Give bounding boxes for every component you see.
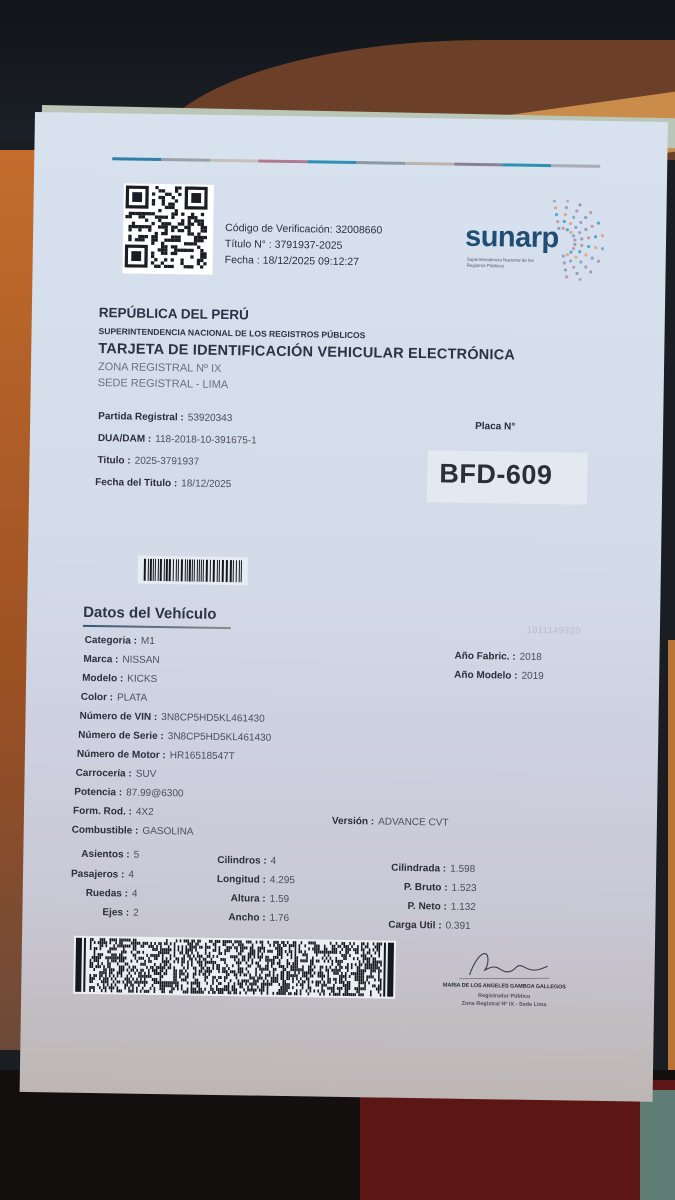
ejes-field: Ejes :2 [102, 907, 138, 919]
pdf417-barcode [73, 936, 396, 999]
registry-seat: SEDE REGISTRAL - LIMA [98, 377, 229, 391]
header-color-stripe [112, 157, 600, 168]
asientos-field: Asientos :5 [81, 849, 139, 861]
ancho-field: Ancho :1.76 [228, 912, 289, 924]
potencia-field: Potencia :87.99@6300 [74, 787, 183, 800]
motor-field: Número de Motor :HR16518547T [77, 749, 235, 762]
verification-code: 32008660 [335, 224, 382, 237]
sunarp-logo: sunarp Superintendencia Nacional de los … [464, 199, 615, 281]
issue-date-line: Fecha : 18/12/2025 09:12:27 [225, 252, 382, 270]
country-heading: REPÚBLICA DEL PERÚ [99, 305, 249, 322]
carga-util-field: Carga Util :0.391 [388, 920, 471, 932]
modelo-field: Modelo :KICKS [82, 673, 157, 685]
qr-code [122, 183, 213, 274]
partida-field: Partida Registral :53920343 [98, 411, 232, 424]
serie-field: Número de Serie :3N8CP5HD5KL461430 [78, 730, 271, 744]
issue-datetime: 18/12/2025 09:12:27 [263, 255, 360, 269]
marca-field: Marca :NISSAN [83, 654, 159, 666]
carroceria-field: Carrocería :SUV [76, 768, 157, 780]
registrar-name: MARIA DE LOS ANGELES GAMBOA GALLEGOS [429, 982, 579, 990]
registrar-role: Registrador Público [429, 992, 579, 1000]
ruedas-field: Ruedas :4 [86, 888, 138, 900]
p-neto-field: P. Neto :1.132 [407, 901, 475, 913]
dua-field: DUA/DAM :118-2018-10-391675-1 [98, 433, 257, 446]
form-rod-field: Form. Rod. :4X2 [73, 806, 154, 818]
signature-scribble-icon [429, 940, 580, 984]
vehicle-data-heading: Datos del Vehículo [83, 604, 217, 623]
document-title: TARJETA DE IDENTIFICACIÓN VEHICULAR ELEC… [98, 341, 515, 364]
combustible-field: Combustible :GASOLINA [72, 825, 194, 838]
ano-fabric-field: Año Fabric. :2018 [454, 651, 542, 663]
plate-number: BFD-609 [439, 458, 553, 491]
verification-block: Código de Verificación: 32008660 Título … [225, 220, 383, 270]
titulo-field: Titulo :2025-3791937 [97, 455, 199, 468]
longitud-field: Longitud :4.295 [217, 874, 295, 886]
p-bruto-field: P. Bruto :1.523 [404, 882, 477, 894]
ano-modelo-field: Año Modelo :2019 [454, 670, 544, 682]
section-underline [83, 625, 231, 629]
logo-tagline: Superintendencia Nacional de los Registr… [467, 257, 537, 269]
color-field: Color :PLATA [81, 692, 148, 704]
photo-background-right [668, 640, 675, 1100]
agency-heading: SUPERINTENDENCIA NACIONAL DE LOS REGISTR… [98, 326, 365, 340]
cilindros-field: Cilindros :4 [217, 855, 276, 867]
categoria-field: Categoria :M1 [85, 635, 155, 647]
vin-field: Número de VIN :3N8CP5HD5KL461430 [79, 711, 264, 725]
registrar-signature-block: MARIA DE LOS ANGELES GAMBOA GALLEGOS Reg… [429, 940, 580, 1022]
small-barcode [138, 556, 248, 586]
logo-wordmark: sunarp [465, 221, 559, 255]
title-number: 3791937-2025 [275, 239, 343, 252]
fecha-titulo-field: Fecha del Titulo :18/12/2025 [95, 477, 231, 490]
registry-zone: ZONA REGISTRAL Nº IX [98, 361, 222, 375]
altura-field: Altura :1.59 [231, 893, 290, 905]
plate-label: Placa N° [475, 421, 515, 433]
pasajeros-field: Pasajeros :4 [71, 869, 134, 881]
cilindrada-field: Cilindrada :1.598 [391, 863, 475, 875]
vehicle-id-card-document: Código de Verificación: 32008660 Título … [20, 112, 668, 1102]
registrar-zone: Zona Registral Nº IX - Sede Lima [429, 1000, 579, 1008]
photo-green-object [640, 1090, 675, 1200]
faint-serial-number: 1011149320 [527, 625, 581, 636]
version-field: Versión :ADVANCE CVT [332, 816, 449, 829]
